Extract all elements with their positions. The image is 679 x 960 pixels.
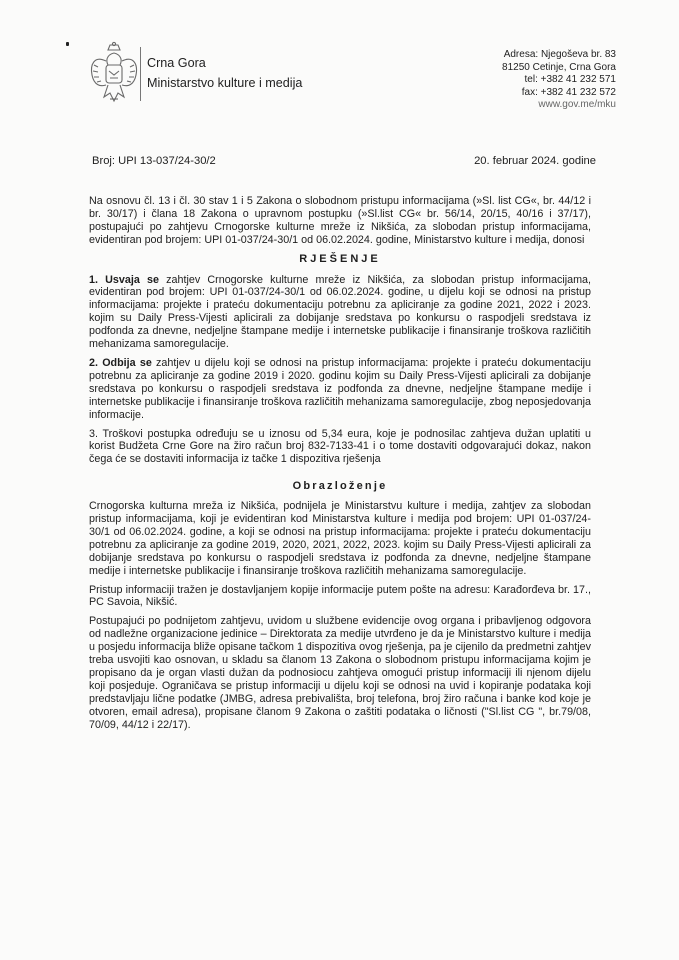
document-date: 20. februar 2024. godine	[474, 155, 596, 167]
document-page: Crna Gora Ministarstvo kulture i medija …	[0, 0, 679, 960]
decision-heading: RJEŠENJE	[89, 253, 591, 266]
letterhead-contact: Adresa: Njegoševa br. 83 81250 Cetinje, …	[502, 49, 616, 112]
scan-speck	[66, 42, 69, 46]
decision-point-1: 1. Usvaja se zahtjev Crnogorske kulturne…	[89, 274, 591, 351]
reasoning-paragraph-3: Postupajući po podnijetom zahtjevu, uvid…	[89, 615, 591, 731]
point-lead: 1. Usvaja se	[89, 274, 159, 286]
point-lead: 2. Odbija se	[89, 357, 152, 369]
preamble-paragraph: Na osnovu čl. 13 i čl. 30 stav 1 i 5 Zak…	[89, 195, 591, 247]
contact-city: 81250 Cetinje, Crna Gora	[502, 62, 616, 75]
coat-of-arms-icon	[86, 41, 142, 109]
contact-address: Adresa: Njegoševa br. 83	[502, 49, 616, 62]
letterhead-divider	[140, 47, 141, 101]
reasoning-heading: Obrazloženje	[89, 480, 591, 493]
document-body: Na osnovu čl. 13 i čl. 30 stav 1 i 5 Zak…	[89, 195, 591, 738]
reasoning-paragraph-2: Pristup informaciji tražen je dostavljan…	[89, 584, 591, 610]
ministry-name: Ministarstvo kulture i medija	[147, 73, 302, 93]
decision-point-3: 3. Troškovi postupka određuju se u iznos…	[89, 428, 591, 467]
letterhead-organization: Crna Gora Ministarstvo kulture i medija	[147, 53, 302, 93]
point-text: zahtjev Crnogorske kulturne mreže iz Nik…	[89, 274, 591, 351]
country-name: Crna Gora	[147, 53, 302, 73]
contact-website: www.gov.me/mku	[502, 99, 616, 112]
document-reference-number: Broj: UPI 13-037/24-30/2	[92, 155, 216, 167]
decision-point-2: 2. Odbija se zahtjev u dijelu koji se od…	[89, 357, 591, 422]
reasoning-paragraph-1: Crnogorska kulturna mreža iz Nikšića, po…	[89, 500, 591, 577]
point-text: zahtjev u dijelu koji se odnosi na prist…	[89, 357, 591, 421]
contact-tel: tel: +382 41 232 571	[502, 74, 616, 87]
point-text: 3. Troškovi postupka određuju se u iznos…	[89, 428, 591, 466]
contact-fax: fax: +382 41 232 572	[502, 87, 616, 100]
